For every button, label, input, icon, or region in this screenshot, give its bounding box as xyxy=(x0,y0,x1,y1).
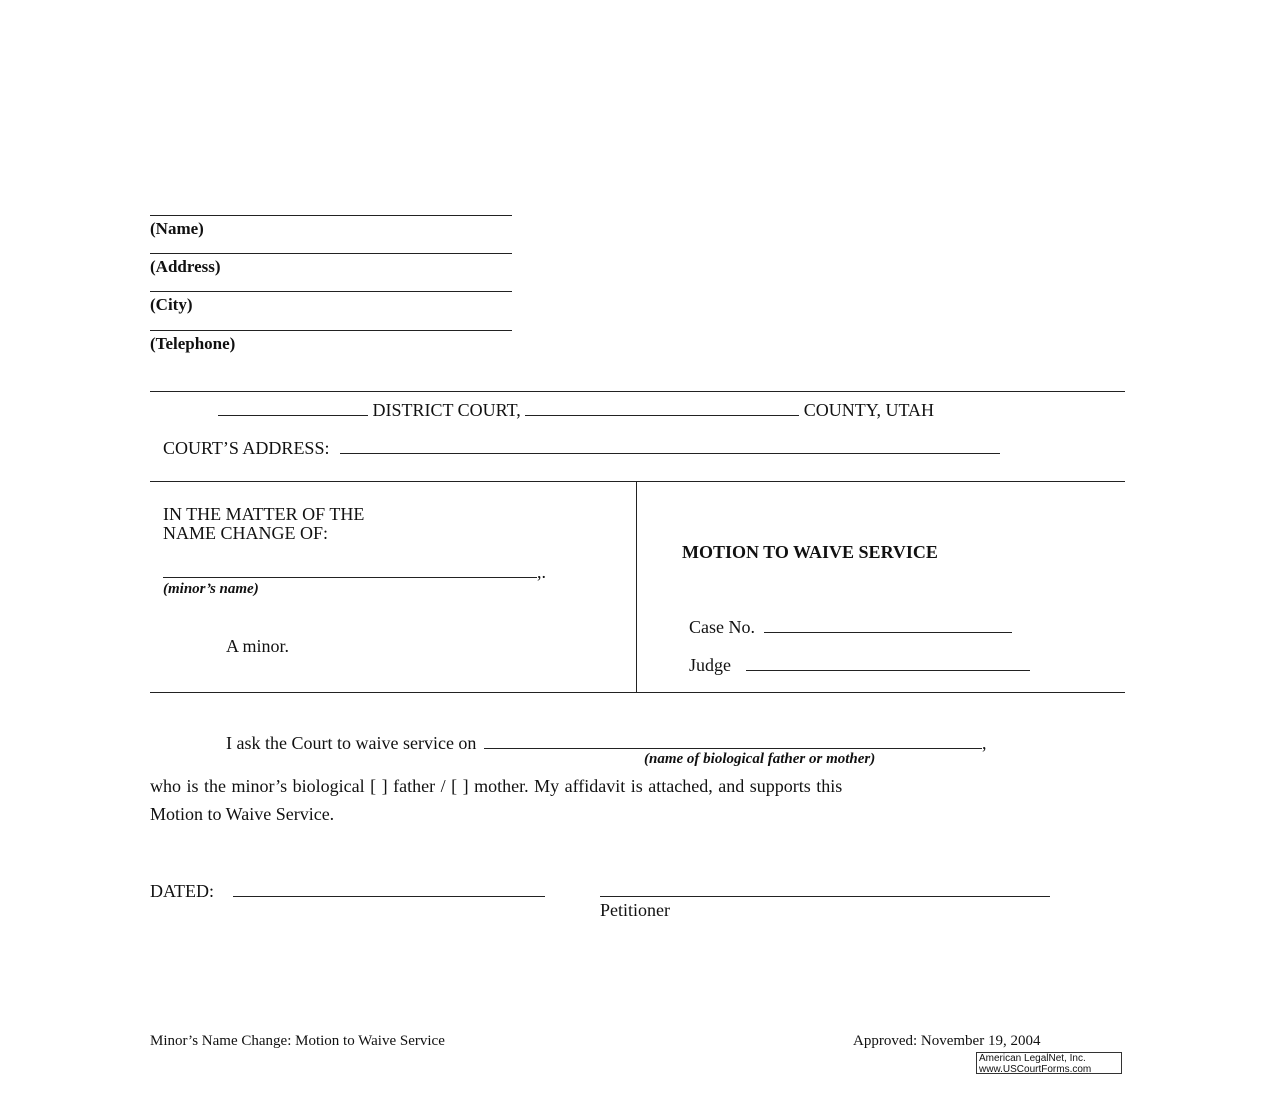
court-address-field[interactable] xyxy=(340,439,1000,454)
case-no-label: Case No. xyxy=(689,617,755,637)
city-field-line[interactable] xyxy=(150,291,512,292)
matter-line-2: NAME CHANGE OF: xyxy=(163,524,364,543)
county-field[interactable] xyxy=(525,401,799,416)
minor-name-line: ,. xyxy=(163,562,546,583)
address-field-line[interactable] xyxy=(150,253,512,254)
district-field[interactable] xyxy=(218,401,368,416)
city-label: (City) xyxy=(150,295,192,315)
telephone-label: (Telephone) xyxy=(150,334,235,354)
publisher-credit-box: American LegalNet, Inc. www.USCourtForms… xyxy=(976,1052,1122,1074)
court-line: DISTRICT COURT, COUNTY, UTAH xyxy=(218,400,934,421)
petitioner-signature-field[interactable] xyxy=(600,882,1050,897)
body-line-3: Motion to Waive Service. xyxy=(150,804,334,825)
county-label: COUNTY, UTAH xyxy=(804,400,934,420)
matter-line-1: IN THE MATTER OF THE xyxy=(163,505,364,524)
intro-text: I ask the Court to waive service on xyxy=(226,733,476,753)
footer-approved-date: Approved: November 19, 2004 xyxy=(853,1033,1040,1050)
publisher-name: American LegalNet, Inc. xyxy=(979,1053,1121,1064)
document-title: MOTION TO WAIVE SERVICE xyxy=(682,542,938,563)
a-minor-text: A minor. xyxy=(226,636,289,657)
district-court-label: DISTRICT COURT, xyxy=(373,400,521,420)
body-line-2: who is the minor’s biological [ ] father… xyxy=(150,776,842,797)
name-field-line[interactable] xyxy=(150,215,512,216)
case-no-field[interactable] xyxy=(764,618,1012,633)
dated-line: DATED: xyxy=(150,881,545,902)
header-top-rule xyxy=(150,391,1125,392)
parent-name-suffix: , xyxy=(982,733,987,753)
address-label: (Address) xyxy=(150,257,221,277)
court-address-label: COURT’S ADDRESS: xyxy=(163,438,329,458)
minor-name-suffix: ,. xyxy=(537,562,546,582)
petitioner-label: Petitioner xyxy=(600,900,670,921)
petitioner-signature-line xyxy=(600,881,1050,902)
dated-label: DATED: xyxy=(150,881,214,901)
publisher-url[interactable]: www.USCourtForms.com xyxy=(979,1064,1121,1075)
matter-heading: IN THE MATTER OF THE NAME CHANGE OF: xyxy=(163,505,364,543)
judge-line: Judge xyxy=(689,655,1030,676)
date-field[interactable] xyxy=(233,882,545,897)
name-label: (Name) xyxy=(150,219,204,239)
judge-label: Judge xyxy=(689,655,731,675)
court-address-line: COURT’S ADDRESS: xyxy=(163,438,1000,459)
case-no-line: Case No. xyxy=(689,617,1012,638)
footer-form-title: Minor’s Name Change: Motion to Waive Ser… xyxy=(150,1033,445,1050)
caption-divider xyxy=(636,481,637,693)
telephone-field-line[interactable] xyxy=(150,330,512,331)
caption-bottom-rule xyxy=(150,692,1125,693)
minor-name-field[interactable] xyxy=(163,563,537,578)
parent-name-field[interactable] xyxy=(484,734,982,749)
caption-top-rule xyxy=(150,481,1125,482)
minor-name-label: (minor’s name) xyxy=(163,581,259,598)
judge-field[interactable] xyxy=(746,656,1030,671)
parent-name-label: (name of biological father or mother) xyxy=(644,751,875,768)
